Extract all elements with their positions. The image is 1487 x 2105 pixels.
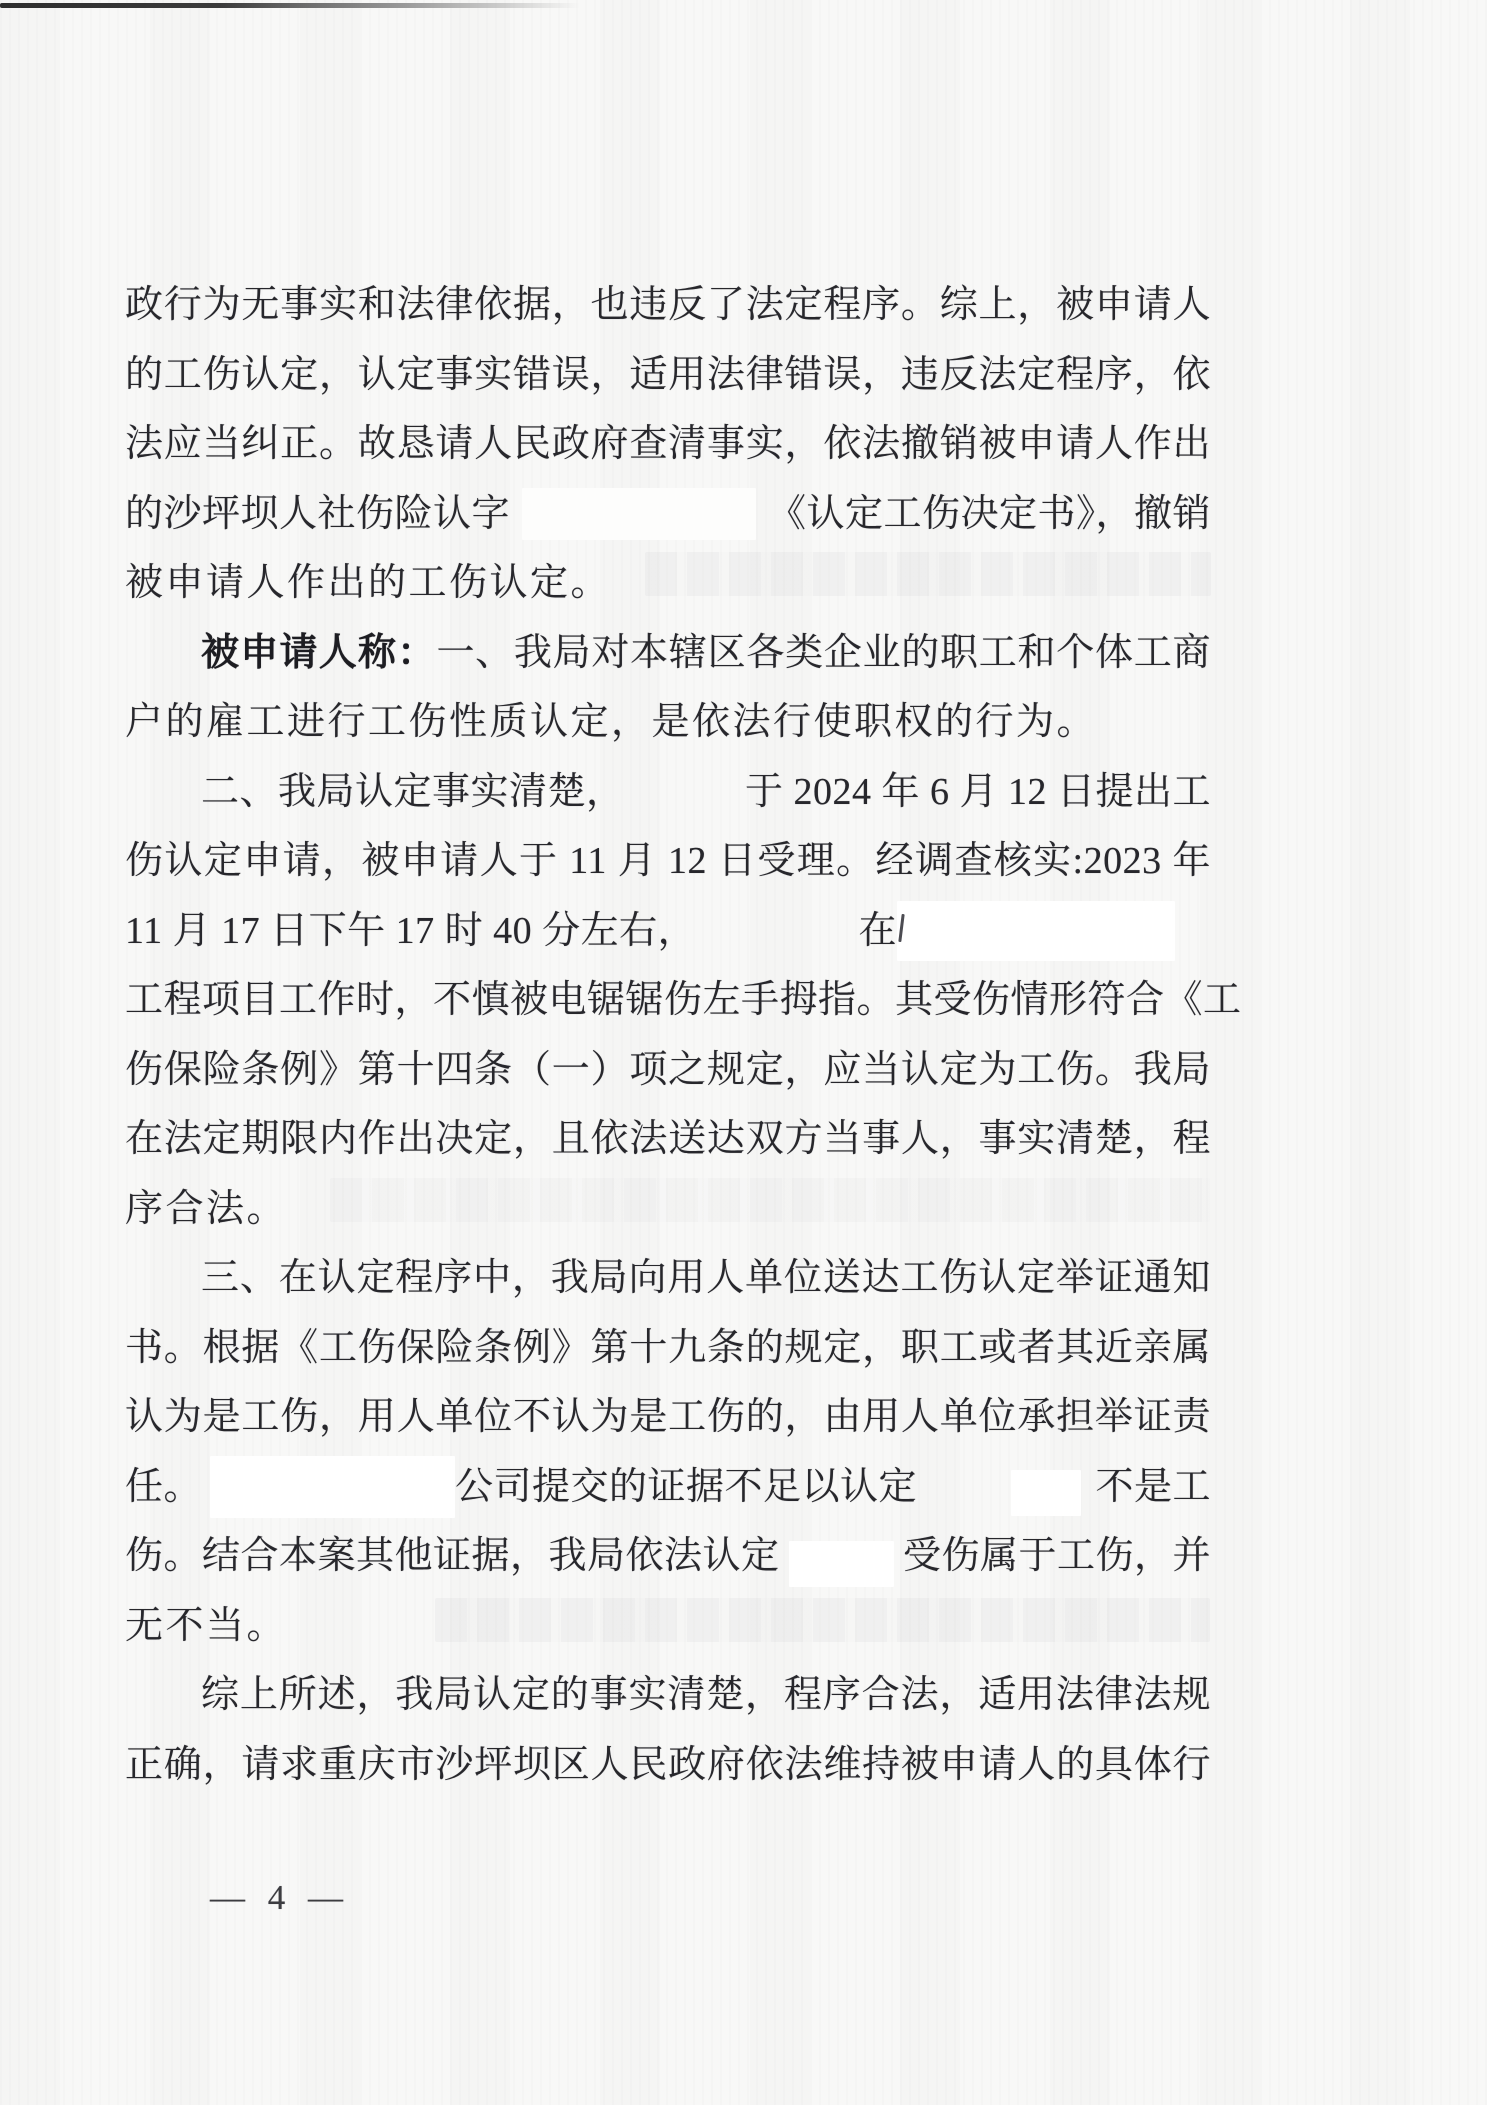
text-segment: 伤。结合本案其他证据，我局依法认定 [125,1522,780,1592]
text-segment: 在 [858,897,897,967]
text-line: 11 月 17 日下午 17 时 40 分左右， 在 [125,897,1211,967]
redaction-box [210,1456,455,1518]
text-segment: 任。 [125,1453,202,1523]
text-segment: 二、我局认定事实清楚， [201,758,625,828]
text-line: 认为是工伤，用人单位不认为是工伤的，由用人单位承担举证责 [125,1383,1211,1453]
text-line: 书。根据《工伤保险条例》第十九条的规定，职工或者其近亲属 [125,1314,1211,1384]
text-segment: 于 2024 年 6 月 12 日提出工 [745,758,1211,828]
text-line: 伤认定申请，被申请人于 11 月 12 日受理。经调查核实:2023 年 [125,827,1211,897]
text-line: 三、在认定程序中，我局向用人单位送达工伤认定举证通知 [125,1244,1211,1314]
text-line: 工程项目工作时，不慎被电锯锯伤左手拇指。其受伤情形符合《工 [125,966,1211,1036]
text-segment: 受伤属于工伤，并 [903,1522,1211,1592]
text-line: 的沙坪坝人社伤险认字 《认定工伤决定书》，撤销 [125,480,1211,550]
document-body: 政行为无事实和法律依据，也违反了法定程序。综上，被申请人 的工伤认定，认定事实错… [125,271,1211,1800]
redaction-box [522,488,756,540]
text-line: 被申请人作出的工伤认定。 [125,549,1211,619]
text-line: 伤保险条例》第十四条（一）项之规定，应当认定为工伤。我局 [125,1036,1211,1106]
page-number: — 4 — [210,1878,350,1918]
text-line: 正确，请求重庆市沙坪坝区人民政府依法维持被申请人的具体行 [125,1731,1211,1801]
scan-artifact-line [0,3,580,8]
text-line: 综上所述，我局认定的事实清楚，程序合法，适用法律法规 [125,1661,1211,1731]
text-line: 法应当纠正。故恳请人民政府查清事实，依法撤销被申请人作出 [125,410,1211,480]
redaction-box [897,901,1175,961]
emphasis-lead: 被申请人称： [201,632,436,674]
text-line: 政行为无事实和法律依据，也违反了法定程序。综上，被申请人 [125,271,1211,341]
scanned-document-page: { "page": { "number": "— 4 —" }, "lines"… [0,0,1487,2105]
text-line: 户的雇工进行工伤性质认定，是依法行使职权的行为。 [125,688,1211,758]
text-segment: 11 月 17 日下午 17 时 40 分左右， [125,897,696,967]
partial-character-remnant [898,914,904,942]
text-line: 任。 公司提交的证据不足以认定 不是工 [125,1453,1211,1523]
text-line: 在法定期限内作出决定，且依法送达双方当事人，事实清楚，程 [125,1105,1211,1175]
text-line: 被申请人称：一、我局对本辖区各类企业的职工和个体工商 [125,619,1211,689]
redaction-box [1011,1470,1081,1516]
redaction-box [789,1541,894,1587]
text-segment: 《认定工伤决定书》，撤销 [768,480,1211,550]
text-line: 无不当。 [125,1592,1211,1662]
text-line: 序合法。 [125,1175,1211,1245]
text-segment: 一、我局对本辖区各类企业的职工和个体工商 [436,632,1211,674]
text-line: 伤。结合本案其他证据，我局依法认定 受伤属于工伤，并 [125,1522,1211,1592]
text-segment: 不是工 [1095,1453,1211,1523]
text-segment: 公司提交的证据不足以认定 [455,1453,917,1523]
text-line: 二、我局认定事实清楚， 于 2024 年 6 月 12 日提出工 [125,758,1211,828]
text-line: 的工伤认定，认定事实错误，适用法律错误，违反法定程序，依 [125,341,1211,411]
text-segment: 的沙坪坝人社伤险认字 [125,480,510,550]
